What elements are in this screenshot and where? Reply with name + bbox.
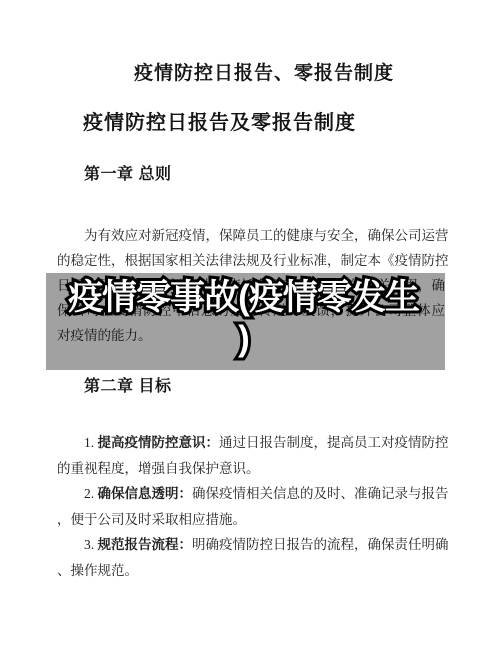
- list-item-number: 3.: [84, 537, 98, 552]
- chapter2-heading: 第二章 目标: [84, 377, 445, 397]
- watermark-overlay: 疫情零事故(疫情零发生 ): [0, 277, 487, 359]
- list-item-continuation: ，便于公司及时采取相应措施。: [57, 507, 445, 533]
- page-title: 疫情防控日报告、零报告制度: [70, 62, 458, 86]
- list-item-continuation: 、操作规范。: [57, 558, 445, 584]
- watermark-line-1: 疫情零事故(疫情零发生: [0, 277, 487, 318]
- goals-list: 1. 提高疫情防控意识：通过日报告制度，提高员工对疫情防控 的重视程度，增强自我…: [57, 430, 445, 583]
- list-item-text: 通过日报告制度，提高员工对疫情防控: [219, 435, 449, 450]
- paragraph-line: 为有效应对新冠疫情，保障员工的健康与安全，确保公司运营: [57, 223, 445, 248]
- paragraph-line: 的稳定性，根据国家相关法律法规及行业标准，制定本《疫情防控: [57, 248, 445, 273]
- list-item-text: 明确疫情防控日报告的流程，确保责任明确: [192, 537, 449, 552]
- list-item-number: 1.: [84, 435, 98, 450]
- list-item: 1. 提高疫情防控意识：通过日报告制度，提高员工对疫情防控: [57, 430, 445, 456]
- list-item-label: 提高疫情防控意识：: [98, 435, 220, 450]
- document-subtitle: 疫情防控日报告及零报告制度: [83, 110, 445, 136]
- chapter1-heading: 第一章 总则: [84, 165, 445, 185]
- list-item: 2. 确保信息透明：确保疫情相关信息的及时、准确记录与报告: [57, 481, 445, 507]
- list-item-label: 确保信息透明：: [98, 486, 193, 501]
- watermark-line-2: ): [0, 318, 487, 359]
- list-item-text: 确保疫情相关信息的及时、准确记录与报告: [192, 486, 449, 501]
- list-item-continuation: 的重视程度，增强自我保护意识。: [57, 456, 445, 482]
- list-item: 3. 规范报告流程：明确疫情防控日报告的流程，确保责任明确: [57, 532, 445, 558]
- list-item-number: 2.: [84, 486, 98, 501]
- list-item-label: 规范报告流程：: [98, 537, 193, 552]
